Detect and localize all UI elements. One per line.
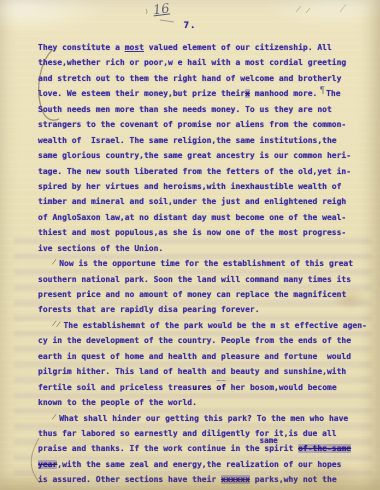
text-segment: thus far labored so earnestly and dilige… [38, 429, 337, 438]
text-segment: of AngloSaxon law,at no distant day must… [38, 213, 346, 222]
text-line: southern national park. Soon the land wi… [38, 272, 368, 287]
text-segment: South needs men more than she needs mone… [38, 105, 332, 114]
text-segment: ures [192, 383, 211, 392]
text-segment: thiest and most populous,as she is now o… [38, 228, 346, 237]
text-line: timber and mineral and soil,under the ju… [38, 194, 368, 209]
text-segment: pilgrim hither. This land of health and … [38, 367, 346, 376]
text-segment: ive sections of the Union. [38, 244, 163, 253]
document-page: 16 7. They constitute a most valued elem… [0, 0, 380, 490]
pencil-tick: // [50, 316, 61, 333]
pencil-scribble [340, 4, 346, 12]
text-line: thus far labored so earnestly and dilige… [38, 426, 368, 441]
text-line: strangers to the covenant of promise nor… [38, 117, 368, 132]
struck-out-text: xxxxxx [221, 475, 250, 484]
text-segment: love. We esteem their money,but prize th… [38, 89, 245, 98]
text-line: South needs men more than she needs mone… [38, 102, 368, 117]
typed-page-number: 7. [0, 21, 380, 31]
text-line: year,with the same zeal and energy,the r… [38, 457, 368, 472]
text-segment: fertile soil and priceless treas [38, 383, 192, 392]
text-line: /Now is the opportune time for the estab… [38, 256, 368, 271]
text-line: ive sections of the Union. [38, 241, 368, 256]
text-segment: timber and mineral and soil,under the ju… [38, 197, 346, 206]
text-segment: wealth of Israel. The same religion,the … [38, 136, 337, 145]
text-segment: ,with the same zeal and energy,the reali… [57, 460, 341, 469]
paragraph-mark: ¶ [319, 86, 325, 96]
text-line: pilgrim hither. This land of health and … [38, 364, 368, 379]
text-segment: and stretch out to them the right hand o… [38, 74, 341, 83]
text-line: praise and thanks. If the work continue … [38, 441, 368, 456]
pencil-scribble [146, 9, 147, 14]
text-line: present price and no amount of money can… [38, 287, 368, 302]
text-segment: The [326, 89, 340, 98]
text-segment: these,whether rich or poor,w e hail with… [38, 58, 346, 67]
text-line: is assured. Other sections have their xx… [38, 472, 368, 487]
pencil-tick: / [50, 409, 57, 425]
text-line: tage. The new south liberated from the f… [38, 164, 368, 179]
typescript-body: They constitute a most valued element of… [38, 40, 368, 488]
text-line: earth in quest of home and health and pl… [38, 349, 368, 364]
text-segment: her bosom,would become [226, 383, 337, 392]
text-segment: known to the people of the world. [38, 398, 197, 407]
text-segment: The establishemnt of the park would be t… [63, 321, 366, 330]
text-line: same glorious country,the same great anc… [38, 148, 368, 163]
text-segment: They constitute a [38, 43, 125, 52]
text-line: fertile soil and priceless treasures ~~o… [38, 380, 368, 395]
text-line: known to the people of the world. [38, 395, 368, 410]
text-segment: cy in the development of the country. Pe… [38, 336, 351, 345]
text-line: thiest and most populous,as she is now o… [38, 225, 368, 240]
text-segment: ce and no amount of money can replace th… [91, 290, 346, 299]
text-line: wealth of Israel. The same religion,the … [38, 133, 368, 148]
struck-out-text: year [38, 460, 57, 469]
text-segment: tage. The new south liberated from the f… [38, 167, 351, 176]
text-segment: Now is the opportune time for the establ… [59, 259, 353, 268]
text-line: They constitute a most valued element of… [38, 40, 368, 55]
text-segment: valued element of our citizenship. All [144, 43, 332, 52]
text-segment: present pr [38, 290, 86, 299]
text-line: /What shall hinder our getting this park… [38, 411, 368, 426]
text-segment: same glorious country,the same great anc… [38, 151, 351, 160]
text-line: and stretch out to them the right hand o… [38, 71, 368, 86]
text-segment: spirit [260, 444, 299, 453]
struck-out-text: of-the-same [298, 444, 351, 453]
pencil-tick: / [50, 255, 57, 271]
text-line: spired by her virtues and heroisms,with … [38, 179, 368, 194]
pencil-scribble [296, 6, 310, 13]
handwritten-page-number: 16 [152, 0, 194, 18]
text-line: //The establishemnt of the park would be… [38, 318, 368, 333]
text-segment: is assured. Other sections have their [38, 475, 221, 484]
text-segment: parks,why not the [250, 475, 337, 484]
text-line: love. We esteem their money,but prize th… [38, 86, 368, 101]
text-segment: most [125, 43, 144, 52]
text-segment: What shall hinder our getting this park?… [59, 414, 348, 423]
text-segment: forests that are rapidly disa pearing fo… [38, 305, 260, 314]
text-segment: manhood more. [250, 89, 317, 98]
text-segment: strangers to the covenant of promise nor… [38, 120, 346, 129]
text-segment: spired by her virtues and heroisms,with … [38, 182, 341, 191]
text-segment: praise and thanks. If the work continue … [38, 444, 260, 453]
text-segment: earth in quest of home and health and pl… [38, 352, 351, 361]
text-line: of AngloSaxon law,at no distant day must… [38, 210, 368, 225]
text-line: forests that are rapidly disa pearing fo… [38, 302, 368, 317]
text-line: cy in the development of the country. Pe… [38, 333, 368, 348]
text-segment: southern national park. Soon the land wi… [38, 275, 351, 284]
text-line: these,whether rich or poor,w e hail with… [38, 55, 368, 70]
